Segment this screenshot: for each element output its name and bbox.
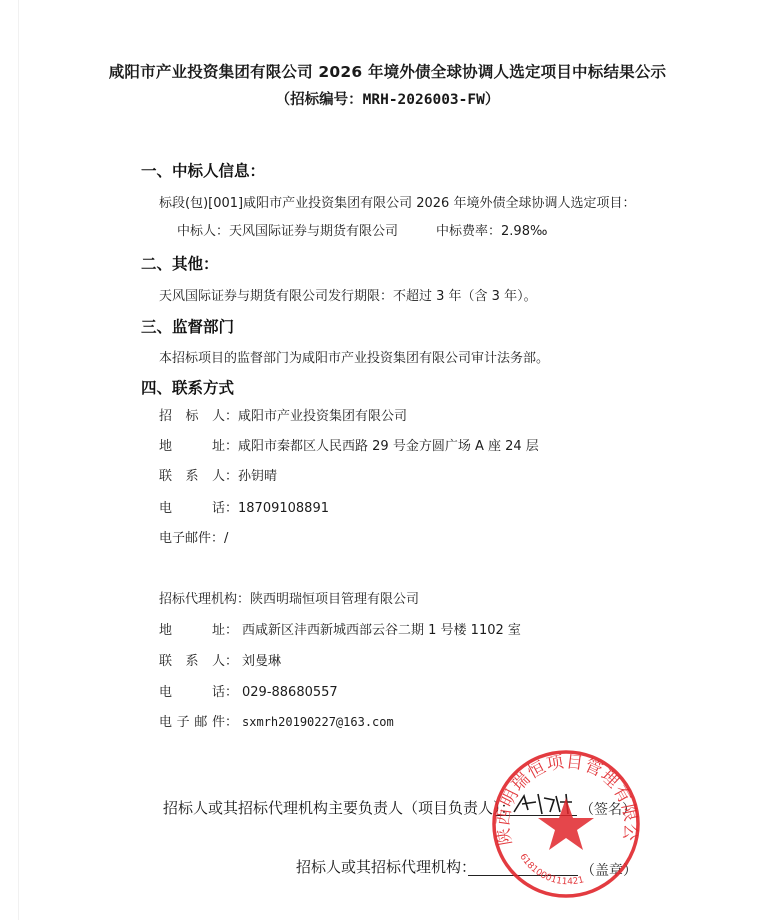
stamp-number: 6181000111421 (517, 852, 585, 887)
section-winner-heading: 一、中标人信息： (141, 159, 265, 181)
tenderer-contact-value: 孙钥晴 (238, 469, 277, 484)
contact-label: 地址 (159, 619, 225, 638)
colon: ： (225, 409, 238, 424)
agency-row-email: 电子邮件：sxmrh20190227@163.com (159, 711, 394, 730)
section-contact-heading: 四、联系方式 (141, 376, 234, 398)
agency-row-address: 地址：西咸新区沣西新城西部云谷二期 1 号楼 1102 室 (159, 619, 521, 638)
section-supervision-heading: 三、监督部门 (141, 315, 234, 337)
winner-name: 天风国际证券与期货有限公司 (229, 224, 398, 239)
rate-value: 2.98‰ (501, 224, 547, 239)
colon: ： (225, 715, 238, 730)
agency-email-value: sxmrh20190227@163.com (242, 715, 394, 729)
document-title: 咸阳市产业投资集团有限公司 2026 年境外债全球协调人选定项目中标结果公示 (0, 60, 775, 82)
winner-label: 中标人： (177, 224, 229, 239)
contact-label: 地址 (159, 435, 225, 454)
svg-text:6181000111421: 6181000111421 (517, 852, 585, 887)
tenderer-row-address: 地址：咸阳市秦都区人民西路 29 号金方圆广场 A 座 24 层 (159, 435, 539, 454)
tenderer-row-phone: 电话：18709108891 (159, 497, 329, 516)
contact-label: 招标代理机构 (159, 592, 237, 607)
contact-label: 电话 (159, 497, 225, 516)
tenderer-row-email: 电子邮件：/ (159, 527, 228, 546)
organization-label: 招标人或其招标代理机构： (296, 856, 476, 877)
contact-label: 联系人 (159, 465, 225, 484)
agency-name-value: 陕西明瑞恒项目管理有限公司 (250, 592, 419, 607)
contact-label: 招标人 (159, 405, 225, 424)
colon: ： (225, 469, 238, 484)
responsible-person-label: 招标人或其招标代理机构主要负责人（项目负责人）： (163, 797, 516, 818)
tenderer-name-value: 咸阳市产业投资集团有限公司 (238, 409, 407, 424)
winner-row: 中标人：天风国际证券与期货有限公司 (177, 220, 398, 239)
other-text: 天风国际证券与期货有限公司发行期限：不超过 3 年（含 3 年）。 (159, 285, 537, 304)
contact-label: 电话 (159, 681, 225, 700)
tenderer-email-value: / (224, 531, 228, 546)
tenderer-phone-value: 18709108891 (238, 501, 329, 516)
lot-line: 标段(包)[001]咸阳市产业投资集团有限公司 2026 年境外债全球协调人选定… (159, 192, 635, 211)
company-seal-stamp-icon: 陕西明瑞恒项目管理有限公司 6181000111421 (490, 748, 642, 900)
agency-row-phone: 电话：029-88680557 (159, 681, 338, 700)
page-edge (18, 0, 19, 920)
agency-row-contact: 联系人：刘曼琳 (159, 650, 281, 669)
colon: ： (211, 531, 224, 546)
colon: ： (225, 654, 238, 669)
tenderer-address-value: 咸阳市秦都区人民西路 29 号金方圆广场 A 座 24 层 (238, 439, 539, 454)
colon: ： (225, 685, 238, 700)
colon: ： (225, 501, 238, 516)
contact-label: 电子邮件 (159, 711, 225, 730)
agency-row-name: 招标代理机构：陕西明瑞恒项目管理有限公司 (159, 588, 419, 607)
tenderer-row-name: 招标人：咸阳市产业投资集团有限公司 (159, 405, 407, 424)
colon: ： (225, 623, 238, 638)
tender-number: （招标编号：MRH-2026003-FW） (0, 88, 775, 109)
contact-label: 电子邮件 (159, 531, 211, 546)
rate-row: 中标费率：2.98‰ (436, 220, 547, 239)
colon: ： (237, 592, 250, 607)
agency-contact-value: 刘曼琳 (242, 654, 281, 669)
contact-label: 联系人 (159, 650, 225, 669)
tenderer-row-contact: 联系人：孙钥晴 (159, 465, 277, 484)
supervision-text: 本招标项目的监督部门为咸阳市产业投资集团有限公司审计法务部。 (159, 347, 549, 366)
rate-label: 中标费率： (436, 224, 501, 239)
colon: ： (225, 439, 238, 454)
agency-address-value: 西咸新区沣西新城西部云谷二期 1 号楼 1102 室 (242, 623, 521, 638)
section-other-heading: 二、其他： (141, 252, 219, 274)
agency-phone-value: 029-88680557 (242, 685, 338, 700)
